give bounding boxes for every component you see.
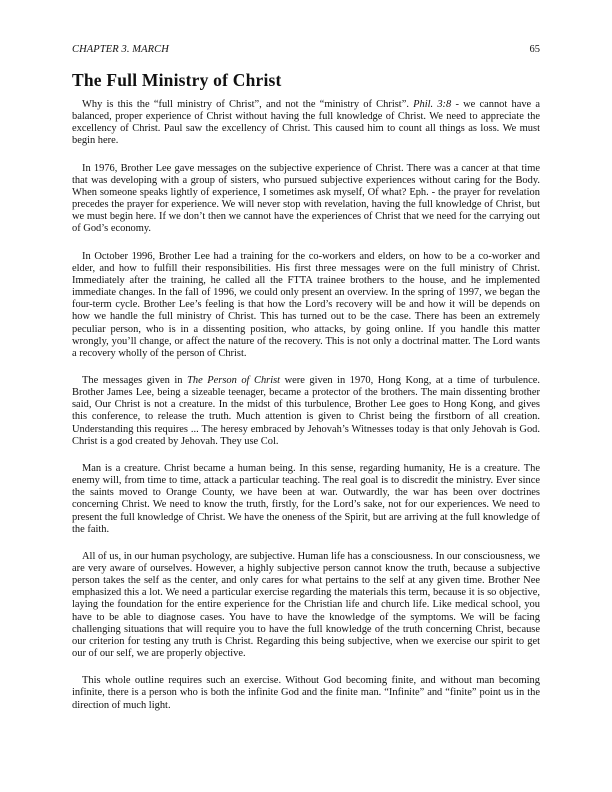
- running-header: CHAPTER 3. MARCH 65: [72, 44, 540, 58]
- paragraph-3: In October 1996, Brother Lee had a train…: [72, 251, 540, 360]
- section-title: The Full Ministry of Christ: [72, 70, 540, 91]
- paragraph-1: Why is this the “full ministry of Christ…: [72, 99, 540, 148]
- text-run: The messages given in: [82, 375, 187, 386]
- paragraph-7: This whole outline requires such an exer…: [72, 675, 540, 711]
- paragraph-2: In 1976, Brother Lee gave messages on th…: [72, 163, 540, 236]
- paragraph-5: Man is a creature. Christ became a human…: [72, 463, 540, 536]
- book-title: The Person of Christ: [187, 375, 280, 386]
- text-run: Why is this the “full ministry of Christ…: [82, 99, 413, 110]
- paragraph-6: All of us, in our human psychology, are …: [72, 551, 540, 660]
- paragraph-4: The messages given in The Person of Chri…: [72, 375, 540, 448]
- chapter-label: CHAPTER 3. MARCH: [72, 44, 169, 55]
- scripture-reference: Phil. 3:8: [413, 99, 451, 110]
- page-number: 65: [530, 44, 541, 55]
- document-page: CHAPTER 3. MARCH 65 The Full Ministry of…: [72, 44, 540, 727]
